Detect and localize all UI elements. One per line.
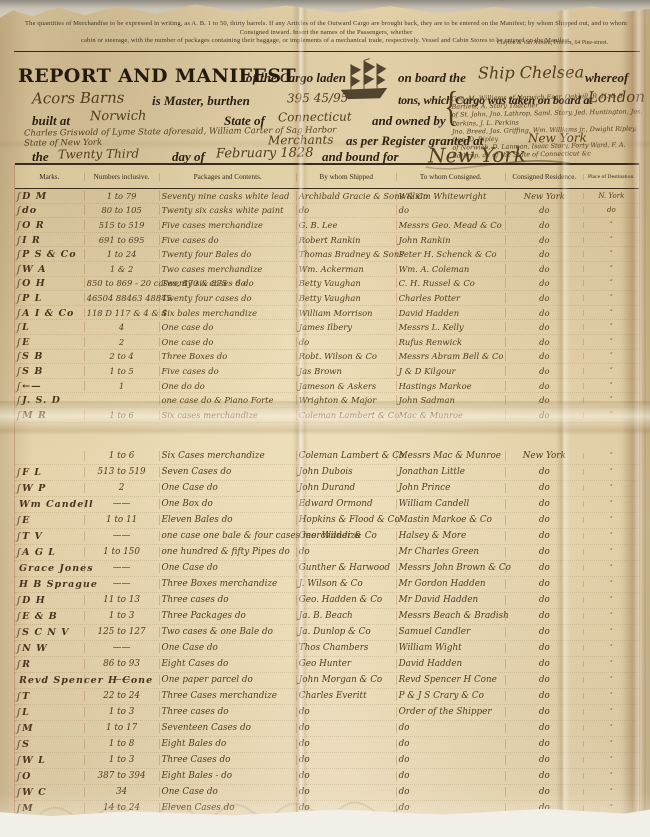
cargo-mark: E (22, 515, 30, 526)
check-flourish: ʃ (17, 466, 20, 478)
consignee-name: Messrs Abram Bell & Co (396, 351, 505, 361)
manifest-row: H B Sprague —— Three Boxes merchandize J… (15, 577, 639, 593)
check-flourish: ʃ (17, 690, 20, 702)
manifest-row: ʃO H 850 to 869 - 20 cases, 870 & 875 - … (15, 277, 639, 292)
cargo-mark: R (22, 659, 31, 670)
consignee-name: J & D Kilgour (396, 366, 505, 376)
register-place: New York (528, 131, 587, 146)
consignee-residence: New York (505, 191, 583, 201)
manifest-row: Wm Candell —— One Box do Edward Ormond W… (15, 497, 639, 513)
numbers-inclusive: 125 to 127 (84, 627, 159, 637)
consignee-residence: do (505, 322, 583, 332)
shipper-name: William Morrison (296, 308, 396, 318)
manifest-row: ʃL 1 to 3 Three cases do do Order of the… (15, 705, 639, 721)
consignee-residence: do (505, 293, 583, 303)
check-flourish: ʃ (17, 482, 20, 494)
cargo-mark: T (22, 691, 30, 702)
numbers-inclusive: 86 to 93 (84, 659, 159, 669)
consignee-name: do (396, 723, 505, 733)
shipper-name: James Ilbery (296, 322, 396, 332)
state-value: Connecticut (278, 110, 352, 125)
manifest-row: ʃS 1 to 8 Eight Bales do do do do ″ (15, 737, 639, 753)
consignee-residence: do (505, 366, 583, 376)
cargo-mark: O (22, 771, 31, 782)
packages-contents: Twenty four Bales do (159, 249, 296, 259)
check-flourish: ʃ (17, 546, 20, 558)
consignee-residence: do (505, 643, 583, 653)
master-name: Acors Barns (32, 89, 125, 108)
cargo-mark: S (22, 739, 30, 750)
cargo-mark: M (22, 723, 34, 734)
consignee-residence: do (505, 691, 583, 701)
shipper-name: Wrighton & Major (296, 395, 396, 405)
cargo-mark: M R (22, 410, 47, 421)
place-of-destination: ″ (583, 613, 639, 619)
consignee-name: Mr David Hadden (396, 595, 505, 605)
built-at-value: Norwich (90, 109, 147, 125)
is-master-label: is Master, burthen (152, 93, 250, 109)
check-flourish: ʃ (17, 514, 20, 526)
consignee-residence: do (505, 739, 583, 749)
manifest-row: ʃD M 1 to 79 Seventy nine casks white le… (15, 189, 639, 204)
shipper-name: John Morgan & Co (296, 675, 396, 685)
place-of-destination: ″ (583, 517, 639, 523)
cargo-laden-label: of the Cargo laden (246, 70, 346, 86)
shipper-name: Robert Rankin (296, 235, 396, 245)
check-flourish: ʃ (17, 594, 20, 606)
burthen-value: 395 45/95 (287, 91, 348, 106)
consignee-name: David Hadden (396, 308, 505, 318)
consignee-residence: do (505, 249, 583, 259)
packages-contents: One Case do (159, 643, 296, 653)
manifest-row: ʃJ. S. D one case do & Piano Forte Wrigh… (15, 393, 639, 408)
consignee-residence: do (505, 659, 583, 669)
consignee-name: David Hadden (396, 659, 505, 669)
check-flourish: ʃ (17, 610, 20, 622)
manifest-row: Grace Jones —— One Case do Gunther & Har… (15, 561, 639, 577)
place-of-destination: ″ (583, 453, 639, 459)
manifest-row: ʃI R 691 to 695 Five cases do Robert Ran… (15, 233, 639, 248)
consignee-name: Messrs Geo. Mead & Co (396, 220, 505, 230)
place-of-destination: ″ (583, 412, 639, 418)
column-header-residence: Consigned Residence. (505, 173, 583, 181)
manifest-row: Revd Spencer H Cone —— One paper parcel … (15, 673, 639, 689)
numbers-inclusive: —— (84, 579, 159, 589)
numbers-inclusive: —— (84, 675, 159, 685)
packages-contents: Six cases merchandize (159, 410, 296, 420)
packages-contents: Three cases do (159, 595, 296, 605)
ink-bleed-through (30, 795, 620, 825)
shipper-name: Coleman Lambert & Co (296, 410, 396, 420)
check-flourish: ʃ (17, 190, 20, 202)
packages-contents: Three Packages do (159, 611, 296, 621)
consignee-name: Mr Gordon Hadden (396, 579, 505, 589)
cargo-mark: S B (22, 351, 43, 362)
packages-contents: Five cases do (159, 366, 296, 376)
consignee-residence: do (505, 351, 583, 361)
table-header-row: Marks. Numbers inclusive. Packages and C… (15, 163, 639, 189)
check-flourish: ʃ (17, 409, 20, 421)
shipper-name: do (296, 771, 396, 781)
packages-contents: Eight Cases do (159, 659, 296, 669)
check-flourish: ʃ (17, 204, 20, 216)
scan-background: The quantities of Merchandise to be expr… (0, 0, 650, 837)
numbers-inclusive: 1 to 8 (84, 739, 159, 749)
shipper-name: Betty Vaughan (296, 278, 396, 288)
packages-contents: Twenty six cases do (159, 278, 296, 288)
consignee-residence: do (505, 499, 583, 509)
shipper-name: Edward Ormond (296, 499, 396, 509)
packages-contents: Three Boxes merchandize (159, 579, 296, 589)
numbers-inclusive: 2 (84, 337, 159, 347)
check-flourish: ʃ (17, 770, 20, 782)
manifest-row: ʃB 1 to 53 Fifty three Bales do Jonas Ph… (15, 817, 639, 833)
place-of-destination: ″ (583, 368, 639, 374)
shipper-name: do (296, 707, 396, 717)
numbers-inclusive: 1 (84, 381, 159, 391)
cargo-mark: ←— (22, 381, 41, 392)
consignee-residence: do (505, 755, 583, 765)
consignee-name: do (396, 739, 505, 749)
cargo-mark: P S & Co (22, 249, 76, 260)
place-of-destination: ″ (583, 549, 639, 555)
manifest-row: ʃW L 1 to 3 Three Cases do do do do ″ (15, 753, 639, 769)
cargo-mark: N W (22, 643, 48, 654)
consignee-name: William Wight (396, 643, 505, 653)
packages-contents: Six bales merchandize (159, 308, 296, 318)
numbers-inclusive: 2 to 4 (84, 351, 159, 361)
place-of-destination: ″ (583, 533, 639, 539)
place-of-destination: ″ (583, 353, 639, 359)
numbers-inclusive: 1 to 79 (84, 191, 159, 201)
manifest-row: ʃE & B 1 to 3 Three Packages do Ja. B. B… (15, 609, 639, 625)
check-flourish: ʃ (17, 307, 20, 319)
packages-contents: Six Cases merchandize (159, 451, 296, 461)
place-of-destination: ″ (583, 501, 639, 507)
check-flourish: ʃ (17, 248, 20, 260)
manifest-row: ʃW P 2 One Case do John Durand John Prin… (15, 481, 639, 497)
shipper-name: Robt. Wilson & Co (296, 351, 396, 361)
packages-contents: Seven Cases do (159, 467, 296, 477)
manifest-document: The quantities of Merchandise to be expr… (0, 3, 650, 821)
consignee-name: C. H. Russel & Co (396, 278, 505, 288)
numbers-inclusive: 850 to 869 - 20 cases, 870 & 875 - 6 do (84, 278, 159, 288)
shipper-name: G. B. Lee (296, 220, 396, 230)
numbers-inclusive: 1 to 3 (84, 755, 159, 765)
packages-contents: Three Cases merchandize (159, 691, 296, 701)
check-flourish: ʃ (17, 802, 20, 814)
consignee-residence: do (505, 337, 583, 347)
shipper-name: do (296, 547, 396, 557)
packages-contents: Seventy nine casks white lead (159, 191, 296, 201)
shipper-name: Gunther & Harwood (296, 563, 396, 573)
shipper-name: Wm. Ackerman (296, 264, 396, 274)
consignee-residence: do (505, 467, 583, 477)
consignee-residence: do (505, 595, 583, 605)
check-flourish: ʃ (17, 321, 20, 333)
cargo-mark: W A (22, 264, 46, 275)
cargo-mark: T V (22, 531, 43, 542)
consignee-name: Halsey & More (396, 531, 505, 541)
manifest-row: 1 to 6 Six Cases merchandize Coleman Lam… (15, 449, 639, 465)
check-flourish: ʃ (17, 626, 20, 638)
packages-contents: Seventeen Cases do (159, 723, 296, 733)
consignee-name: Order of the Shipper (396, 707, 505, 717)
cargo-mark: W P (22, 483, 46, 494)
place-of-destination: ″ (583, 237, 639, 243)
shipper-name: Thos Chambers (296, 643, 396, 653)
cargo-table: Marks. Numbers inclusive. Packages and C… (14, 163, 640, 833)
manifest-row: ʃN W —— One Case do Thos Chambers Willia… (15, 641, 639, 657)
check-flourish: ʃ (17, 658, 20, 670)
cargo-mark: F L (22, 467, 42, 478)
consignee-name: Hastings Markoe (396, 381, 505, 391)
fold-gap (15, 423, 639, 449)
shipper-name: Thomas Bradney & Sons (296, 249, 396, 259)
check-flourish: ʃ (17, 786, 20, 798)
packages-contents: one case one bale & four cases merchandi… (159, 531, 296, 541)
packages-contents: Five cases merchandize (159, 220, 296, 230)
cargo-mark: J. S. D (22, 395, 61, 406)
manifest-rows-below-fold: 1 to 6 Six Cases merchandize Coleman Lam… (15, 449, 639, 833)
consignee-name: Messrs R & J Phillips (396, 819, 505, 829)
check-flourish: ʃ (17, 263, 20, 275)
shipper-name: Jonas Phillips & Son (296, 819, 396, 829)
manifest-row: ʃM 1 to 17 Seventeen Cases do do do do ″ (15, 721, 639, 737)
consignee-name: do (396, 205, 505, 215)
consignee-name: Charles Potter (396, 293, 505, 303)
packages-contents: One do do (159, 381, 296, 391)
place-of-destination: ″ (583, 693, 639, 699)
check-flourish: ʃ (17, 754, 20, 766)
date-day-value: Twenty Third (58, 147, 139, 162)
place-of-destination: ″ (583, 565, 639, 571)
consignee-residence: do (505, 278, 583, 288)
place-of-destination: ″ (583, 645, 639, 651)
consignee-name: P & J S Crary & Co (396, 691, 505, 701)
packages-contents: Eleven Bales do (159, 515, 296, 525)
manifest-row: ʃW A 1 & 2 Two cases merchandize Wm. Ack… (15, 262, 639, 277)
consignee-residence: do (505, 381, 583, 391)
packages-contents: One case do (159, 322, 296, 332)
check-flourish: ʃ (17, 350, 20, 362)
consignee-name: John Sadman (396, 395, 505, 405)
numbers-inclusive: 1 to 6 (84, 410, 159, 420)
packages-contents: Twenty six casks white paint (159, 205, 296, 215)
packages-contents: Eight Bales do (159, 739, 296, 749)
consignee-residence: do (505, 611, 583, 621)
numbers-inclusive: 691 to 695 (84, 235, 159, 245)
consignee-name: Rufus Renwick (396, 337, 505, 347)
packages-contents: Three cases do (159, 707, 296, 717)
place-of-destination: ″ (583, 266, 639, 272)
check-flourish: ʃ (17, 234, 20, 246)
manifest-row: ʃT 22 to 24 Three Cases merchandize Char… (15, 689, 639, 705)
place-of-destination: ″ (583, 725, 639, 731)
column-header-numbers: Numbers inclusive. (84, 173, 159, 181)
check-flourish: ʃ (17, 365, 20, 377)
column-header-shipper: By whom Shipped (296, 173, 396, 181)
consignee-name: Peter H. Schenck & Co (396, 249, 505, 259)
consignee-residence: do (505, 531, 583, 541)
packages-contents: Three Boxes do (159, 351, 296, 361)
place-of-destination: ″ (583, 397, 639, 403)
numbers-inclusive: 1 to 53 (84, 819, 159, 829)
numbers-inclusive: —— (84, 499, 159, 509)
consignee-residence: do (505, 205, 583, 215)
consignee-residence: do (505, 627, 583, 637)
shipper-name: do (296, 723, 396, 733)
place-of-destination: ″ (583, 485, 639, 491)
consignee-residence: do (505, 547, 583, 557)
consignee-name: Mastin Markoe & Co (396, 515, 505, 525)
cargo-mark: A G L (22, 547, 56, 558)
cargo-mark: P L (22, 293, 42, 304)
cargo-mark: W L (22, 755, 46, 766)
cargo-mark: D H (22, 595, 46, 606)
numbers-inclusive: 515 to 519 (84, 220, 159, 230)
packages-contents: One Case do (159, 483, 296, 493)
shipper-name: Archibald Gracie & Sons & Co (296, 191, 396, 201)
check-flourish: ʃ (17, 722, 20, 734)
numbers-inclusive: 1 to 11 (84, 515, 159, 525)
packages-contents: Twenty four cases do (159, 293, 296, 303)
numbers-inclusive: 1 to 150 (84, 547, 159, 557)
place-of-destination: ″ (583, 629, 639, 635)
consignee-name: Samuel Candler (396, 627, 505, 637)
manifest-row: ʃdo 80 to 105 Twenty six casks white pai… (15, 204, 639, 219)
manifest-row: ʃA I & Co 118 D 117 & 4 & 4 Six bales me… (15, 306, 639, 321)
numbers-inclusive: 1 to 5 (84, 366, 159, 376)
check-flourish: ʃ (17, 336, 20, 348)
consignee-name: John Prince (396, 483, 505, 493)
consignee-residence: do (505, 220, 583, 230)
header-rule (14, 51, 640, 52)
numbers-inclusive: 80 to 105 (84, 205, 159, 215)
column-header-consignee: To whom Consigned. (396, 173, 505, 181)
shipper-name: John Dubois (296, 467, 396, 477)
place-of-destination: ″ (583, 295, 639, 301)
column-header-marks: Marks. (15, 173, 84, 181)
cargo-mark: B (22, 819, 31, 830)
place-of-destination: ″ (583, 324, 639, 330)
consignee-residence: do (505, 675, 583, 685)
numbers-inclusive: 1 to 3 (84, 707, 159, 717)
packages-contents: Three Cases do (159, 755, 296, 765)
manifest-row: ʃE 2 One case do do Rufus Renwick do ″ (15, 335, 639, 350)
manifest-row: ʃS C N V 125 to 127 Two cases & one Bale… (15, 625, 639, 641)
numbers-inclusive: 22 to 24 (84, 691, 159, 701)
manifest-row: ʃO R 515 to 519 Five cases merchandize G… (15, 218, 639, 233)
consignee-name: Mr Charles Green (396, 547, 505, 557)
shipper-name: do (296, 739, 396, 749)
cargo-mark: S B (22, 366, 43, 377)
place-of-destination: ″ (583, 310, 639, 316)
place-of-destination: ″ (583, 757, 639, 763)
packages-contents: one hundred & fifty Pipes do (159, 547, 296, 557)
consignee-residence: do (505, 771, 583, 781)
check-flourish: ʃ (17, 219, 20, 231)
shipper-name: Coleman Lambert & Co (296, 451, 396, 461)
manifest-row: ʃF L 513 to 519 Seven Cases do John Dubo… (15, 465, 639, 481)
place-of-destination: ″ (583, 661, 639, 667)
form-instructions-line1: The quantities of Merchandise to be expr… (16, 20, 636, 37)
cargo-mark: S C N V (22, 627, 69, 638)
consignee-residence: do (505, 235, 583, 245)
cargo-mark: do (22, 205, 37, 216)
consignee-residence: do (505, 563, 583, 573)
consignee-name: John Rankin (396, 235, 505, 245)
check-flourish: ʃ (17, 380, 20, 392)
packages-contents: One paper parcel do (159, 675, 296, 685)
packages-contents: One Box do (159, 499, 296, 509)
shipper-name: Charles Everitt (296, 691, 396, 701)
packages-contents: One case do (159, 337, 296, 347)
manifest-rows-above-fold: ʃD M 1 to 79 Seventy nine casks white le… (15, 189, 639, 423)
shipper-name: do (296, 205, 396, 215)
packages-contents: Two cases merchandize (159, 264, 296, 274)
manifest-row: ʃS B 2 to 4 Three Boxes do Robt. Wilson … (15, 350, 639, 365)
manifest-row: ʃT V —— one case one bale & four cases m… (15, 529, 639, 545)
check-flourish: ʃ (17, 706, 20, 718)
numbers-inclusive: 118 D 117 & 4 & 4 (84, 308, 159, 318)
manifest-row: ʃD H 11 to 13 Three cases do Geo. Hadden… (15, 593, 639, 609)
place-of-destination: ″ (583, 741, 639, 747)
packages-contents: Eight Bales - do (159, 771, 296, 781)
date-month-value: February 1828 (216, 145, 314, 161)
place-of-destination: ″ (583, 773, 639, 779)
consignee-name: Messrs John Brown & Co (396, 563, 505, 573)
consignee-residence: do (505, 395, 583, 405)
column-header-destination: Place of Destination. (583, 174, 639, 180)
consignee-name: Jonathan Little (396, 467, 505, 477)
place-of-destination: ″ (583, 383, 639, 389)
shipper-name: Geo. Wilder & Co (296, 531, 396, 541)
numbers-inclusive: 387 to 394 (84, 771, 159, 781)
place-of-destination: ″ (583, 677, 639, 683)
shipper-name: Geo Hunter (296, 659, 396, 669)
consignee-residence: do (505, 410, 583, 420)
shipper-name: Hopkins & Flood & Co (296, 515, 396, 525)
check-flourish: ʃ (17, 738, 20, 750)
consignee-residence: do (505, 264, 583, 274)
consignee-name: Messrs L. Kelly (396, 322, 505, 332)
numbers-inclusive: —— (84, 643, 159, 653)
manifest-row: ʃR 86 to 93 Eight Cases do Geo Hunter Da… (15, 657, 639, 673)
numbers-inclusive: 1 to 17 (84, 723, 159, 733)
check-flourish: ʃ (17, 818, 20, 830)
cargo-mark: E & B (22, 611, 57, 622)
packages-contents: Five cases do (159, 235, 296, 245)
numbers-inclusive: 1 & 2 (84, 264, 159, 274)
manifest-row: ʃP S & Co 1 to 24 Twenty four Bales do T… (15, 247, 639, 262)
place-of-destination: N. York (583, 193, 639, 199)
numbers-inclusive: 4 (84, 322, 159, 332)
manifest-row: ʃS B 1 to 5 Five cases do Jas Brown J & … (15, 364, 639, 379)
shipper-name: Jas Brown (296, 366, 396, 376)
consignee-name: Wm. A. Coleman (396, 264, 505, 274)
consignee-residence: do (505, 819, 583, 829)
cargo-mark: Wm Candell (19, 499, 94, 510)
manifest-row: ʃP L 46504 88463 48845 Twenty four cases… (15, 291, 639, 306)
place-of-destination: ″ (583, 597, 639, 603)
shipper-name: John Durand (296, 483, 396, 493)
place-of-destination: ″ (583, 339, 639, 345)
cargo-mark: A I & Co (22, 308, 74, 319)
consignee-residence: do (505, 483, 583, 493)
place-of-destination: ″ (583, 581, 639, 587)
consignee-residence: New York (505, 451, 583, 461)
